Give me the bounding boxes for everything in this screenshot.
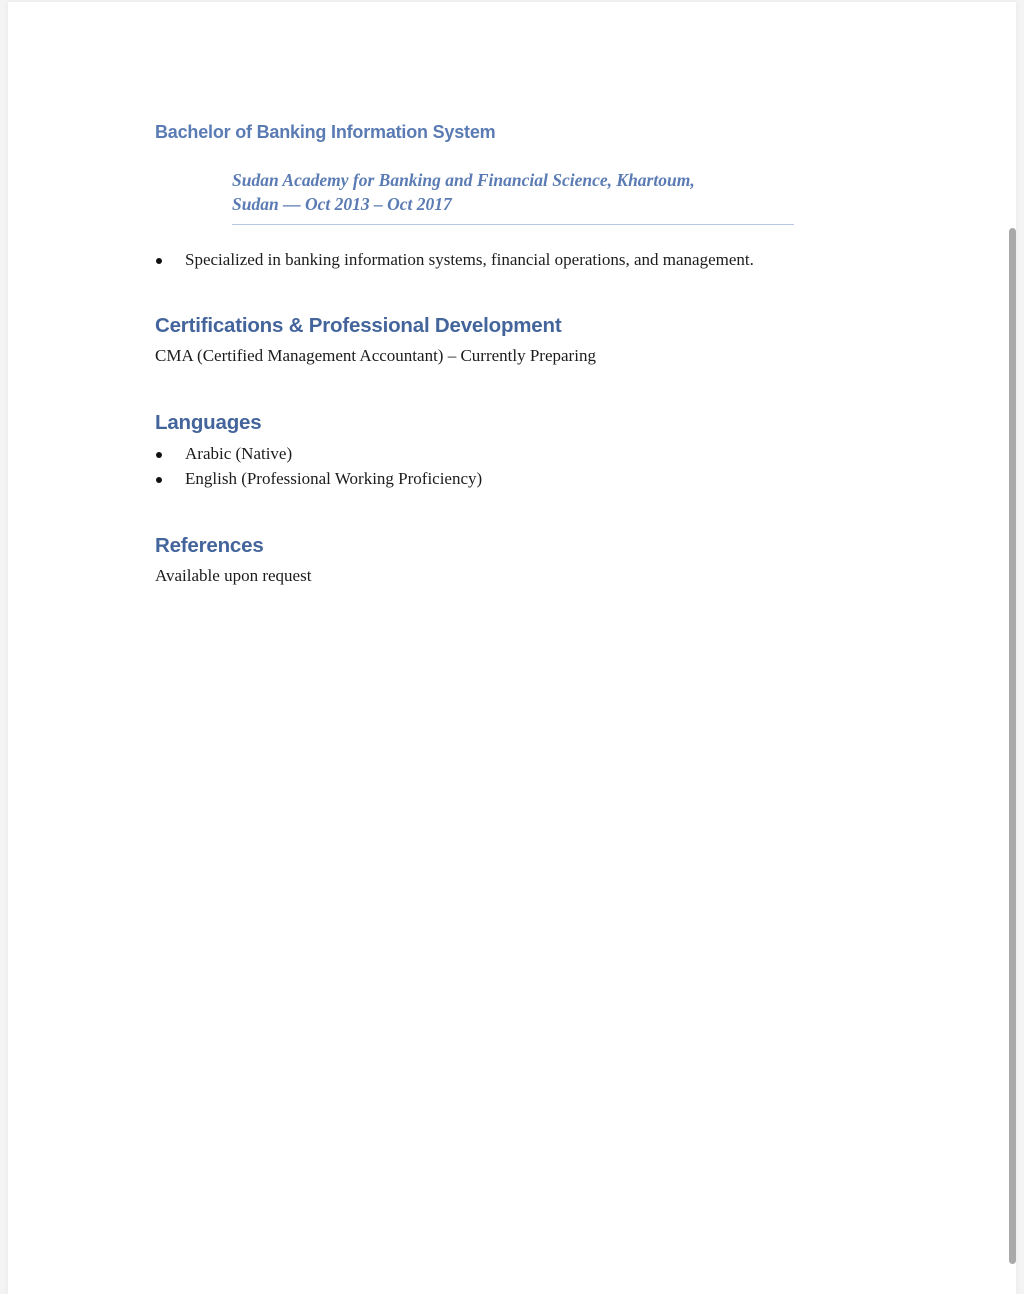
language-item: English (Professional Working Proficienc… bbox=[155, 466, 482, 491]
certifications-heading: Certifications & Professional Developmen… bbox=[155, 314, 561, 338]
school-line-2: Sudan — Oct 2013 – Oct 2017 bbox=[232, 192, 794, 216]
school-line-1: Sudan Academy for Banking and Financial … bbox=[232, 168, 794, 192]
certifications-text: CMA (Certified Management Accountant) – … bbox=[155, 346, 596, 366]
languages-heading: Languages bbox=[155, 411, 261, 435]
language-item: Arabic (Native) bbox=[155, 441, 482, 466]
references-text: Available upon request bbox=[155, 566, 311, 586]
references-heading: References bbox=[155, 534, 264, 558]
document-page: Bachelor of Banking Information System S… bbox=[8, 2, 1016, 1294]
vertical-scrollbar[interactable] bbox=[1009, 228, 1016, 1264]
languages-list: Arabic (Native) English (Professional Wo… bbox=[155, 441, 482, 491]
degree-title: Bachelor of Banking Information System bbox=[155, 122, 495, 143]
education-bullet: Specialized in banking information syste… bbox=[155, 247, 754, 272]
school-info: Sudan Academy for Banking and Financial … bbox=[232, 168, 794, 225]
education-bullets: Specialized in banking information syste… bbox=[155, 247, 754, 272]
